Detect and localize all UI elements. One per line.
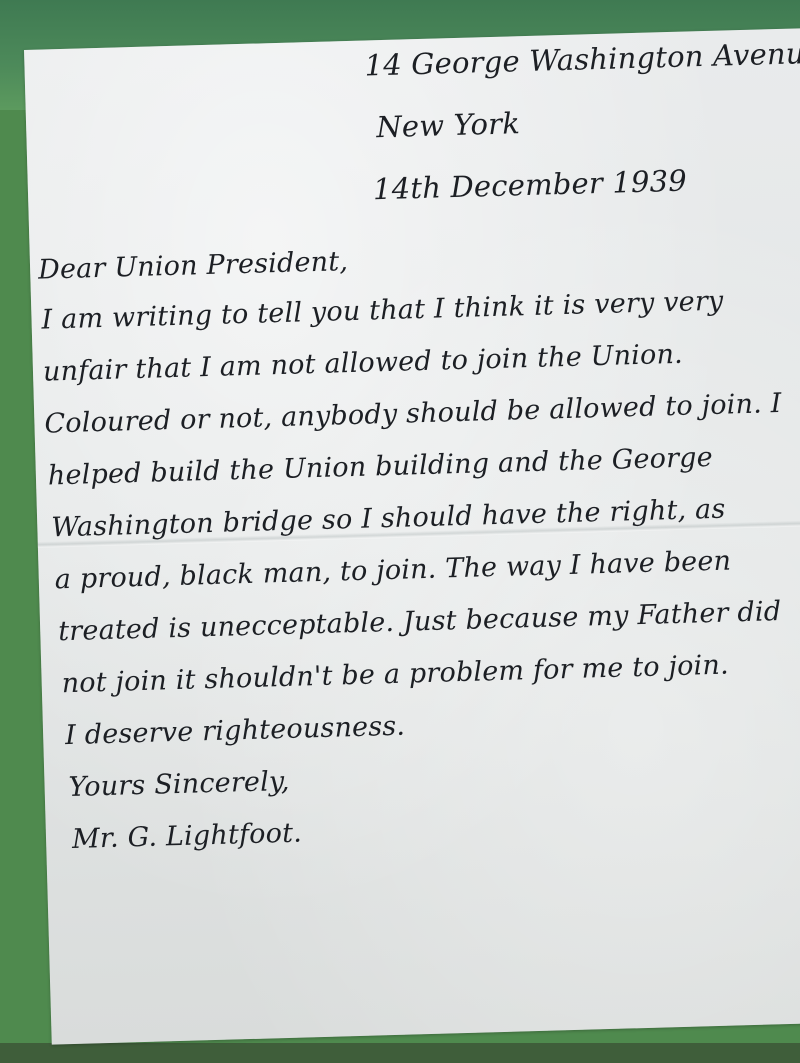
body-line: not join it shouldn't be a problem for m…: [61, 650, 729, 700]
body-line: I am writing to tell you that I think it…: [41, 286, 724, 336]
address-street: 14 George Washington Avenu: [364, 36, 800, 82]
body-line: treated is unecceptable. Just because my…: [58, 596, 782, 647]
letter-date: 14th December 1939: [373, 164, 688, 207]
letter-paper: 14 George Washington Avenu New York 14th…: [24, 28, 800, 1045]
closing: Yours Sincerely,: [68, 766, 290, 803]
signature: Mr. G. Lightfoot.: [72, 818, 303, 855]
salutation: Dear Union President,: [38, 246, 349, 286]
body-line: Coloured or not, anybody should be allow…: [44, 388, 782, 440]
green-background-bottom: [0, 1043, 800, 1063]
body-line: a proud, black man, to join. The way I h…: [54, 545, 731, 595]
body-line: helped build the Union building and the …: [47, 442, 713, 492]
address-city: New York: [376, 106, 521, 144]
body-line: I deserve righteousness.: [65, 711, 406, 751]
body-line: unfair that I am not allowed to join the…: [43, 339, 684, 388]
